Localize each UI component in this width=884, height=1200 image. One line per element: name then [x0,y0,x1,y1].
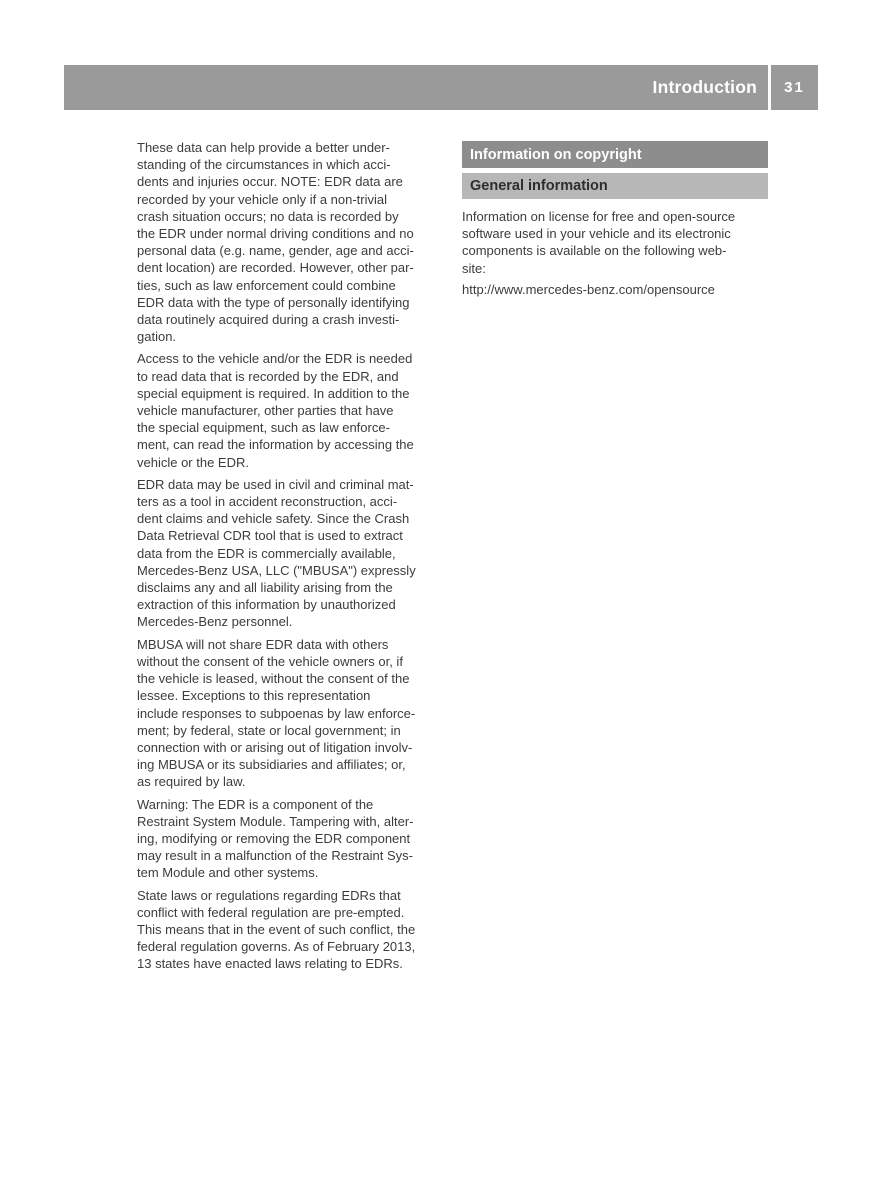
paragraph-mbusa-sharing: MBUSA will not share EDR data with other… [137,636,455,791]
paragraph-edr-access: Access to the vehicle and/or the EDR is … [137,350,455,470]
section-header-label: Information on copyright [462,147,642,163]
page-number: 31 [784,79,805,96]
section-header-copyright: Information on copyright [462,141,768,168]
left-text-column: These data can help provide a better und… [137,139,455,978]
page-number-box: 31 [771,65,818,110]
paragraph-edr-warning: Warning: The EDR is a component of the R… [137,796,455,882]
paragraph-edr-usage: EDR data may be used in civil and crimin… [137,476,455,631]
paragraph-edr-overview: These data can help provide a better und… [137,139,455,345]
paragraph-opensource-license: Information on license for free and open… [462,208,768,277]
opensource-url: http://www.mercedes-benz.com/opensource [462,281,768,298]
manual-page: Introduction 31 These data can help prov… [0,0,884,1200]
paragraph-state-laws: State laws or regulations regarding EDRs… [137,887,455,973]
chapter-title: Introduction [653,77,768,98]
chapter-header-bar: Introduction [64,65,768,110]
right-text-column: Information on copyright General informa… [462,141,768,298]
subsection-header-general-information: General information [462,173,768,199]
subsection-header-label: General information [462,178,608,194]
